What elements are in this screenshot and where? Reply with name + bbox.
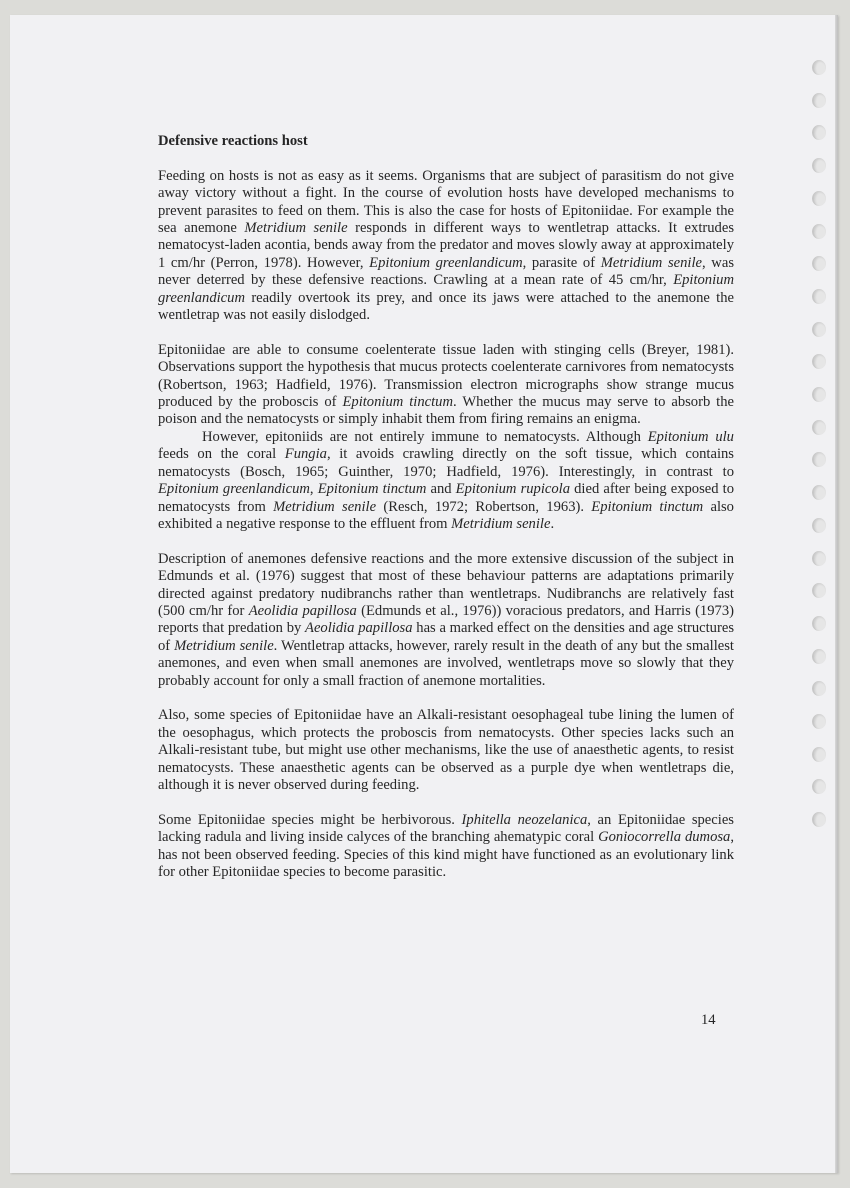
binder-hole — [812, 125, 826, 140]
binder-hole — [812, 452, 826, 467]
section-heading: Defensive reactions host — [158, 133, 734, 150]
binder-hole — [812, 224, 826, 239]
species-name: Epitonium tinctum — [318, 481, 427, 497]
document-page: Defensive reactions host Feeding on host… — [10, 15, 838, 1173]
binder-hole — [812, 649, 826, 664]
binder-hole — [812, 256, 826, 271]
binder-hole — [812, 583, 826, 598]
paragraph: Description of anemones defensive reacti… — [158, 551, 734, 690]
binder-hole — [812, 60, 826, 75]
document-body: Defensive reactions host Feeding on host… — [158, 133, 734, 899]
binder-holes — [810, 15, 840, 1173]
binder-hole — [812, 93, 826, 108]
species-name: Epitonium greenlandicum — [369, 255, 522, 271]
binder-hole — [812, 485, 826, 500]
species-name: Iphitella neozelanica — [462, 812, 588, 828]
binder-hole — [812, 714, 826, 729]
binder-hole — [812, 779, 826, 794]
paragraph: Also, some species of Epitoniidae have a… — [158, 707, 734, 794]
binder-hole — [812, 616, 826, 631]
species-name: Epitonium greenlandicum — [158, 481, 310, 497]
binder-hole — [812, 518, 826, 533]
binder-hole — [812, 289, 826, 304]
species-name: Epitonium tinctum — [342, 394, 453, 410]
species-name: Epitonium rupicola — [456, 481, 570, 497]
species-name: Goniocorrella dumosa — [598, 829, 730, 845]
binder-hole — [812, 420, 826, 435]
species-name: Fungia — [285, 446, 327, 462]
binder-hole — [812, 354, 826, 369]
binder-hole — [812, 387, 826, 402]
binder-hole — [812, 747, 826, 762]
paragraph: However, epitoniids are not entirely imm… — [158, 429, 734, 533]
species-name: Metridium senile — [601, 255, 702, 271]
species-name: Metridium senile — [451, 516, 550, 532]
paragraph: Feeding on hosts is not as easy as it se… — [158, 168, 734, 325]
species-name: Aeolidia papillosa — [305, 620, 413, 636]
species-name: Aeolidia papillosa — [249, 603, 357, 619]
binder-hole — [812, 551, 826, 566]
binder-hole — [812, 681, 826, 696]
binder-hole — [812, 158, 826, 173]
binder-hole — [812, 322, 826, 337]
species-name: Epitonium tinctum — [591, 499, 703, 515]
paragraph: Epitoniidae are able to consume coelente… — [158, 342, 734, 429]
page-number: 14 — [701, 1012, 716, 1029]
species-name: Metridium senile — [244, 220, 347, 236]
binder-hole — [812, 812, 826, 827]
paragraph: Some Epitoniidae species might be herbiv… — [158, 812, 734, 882]
species-name: Metridium senile — [273, 499, 376, 515]
binder-hole — [812, 191, 826, 206]
species-name: Metridium senile — [174, 638, 274, 654]
species-name: Epitonium ulu — [648, 429, 734, 445]
species-name: Epitonium greenlandicum — [158, 272, 734, 305]
